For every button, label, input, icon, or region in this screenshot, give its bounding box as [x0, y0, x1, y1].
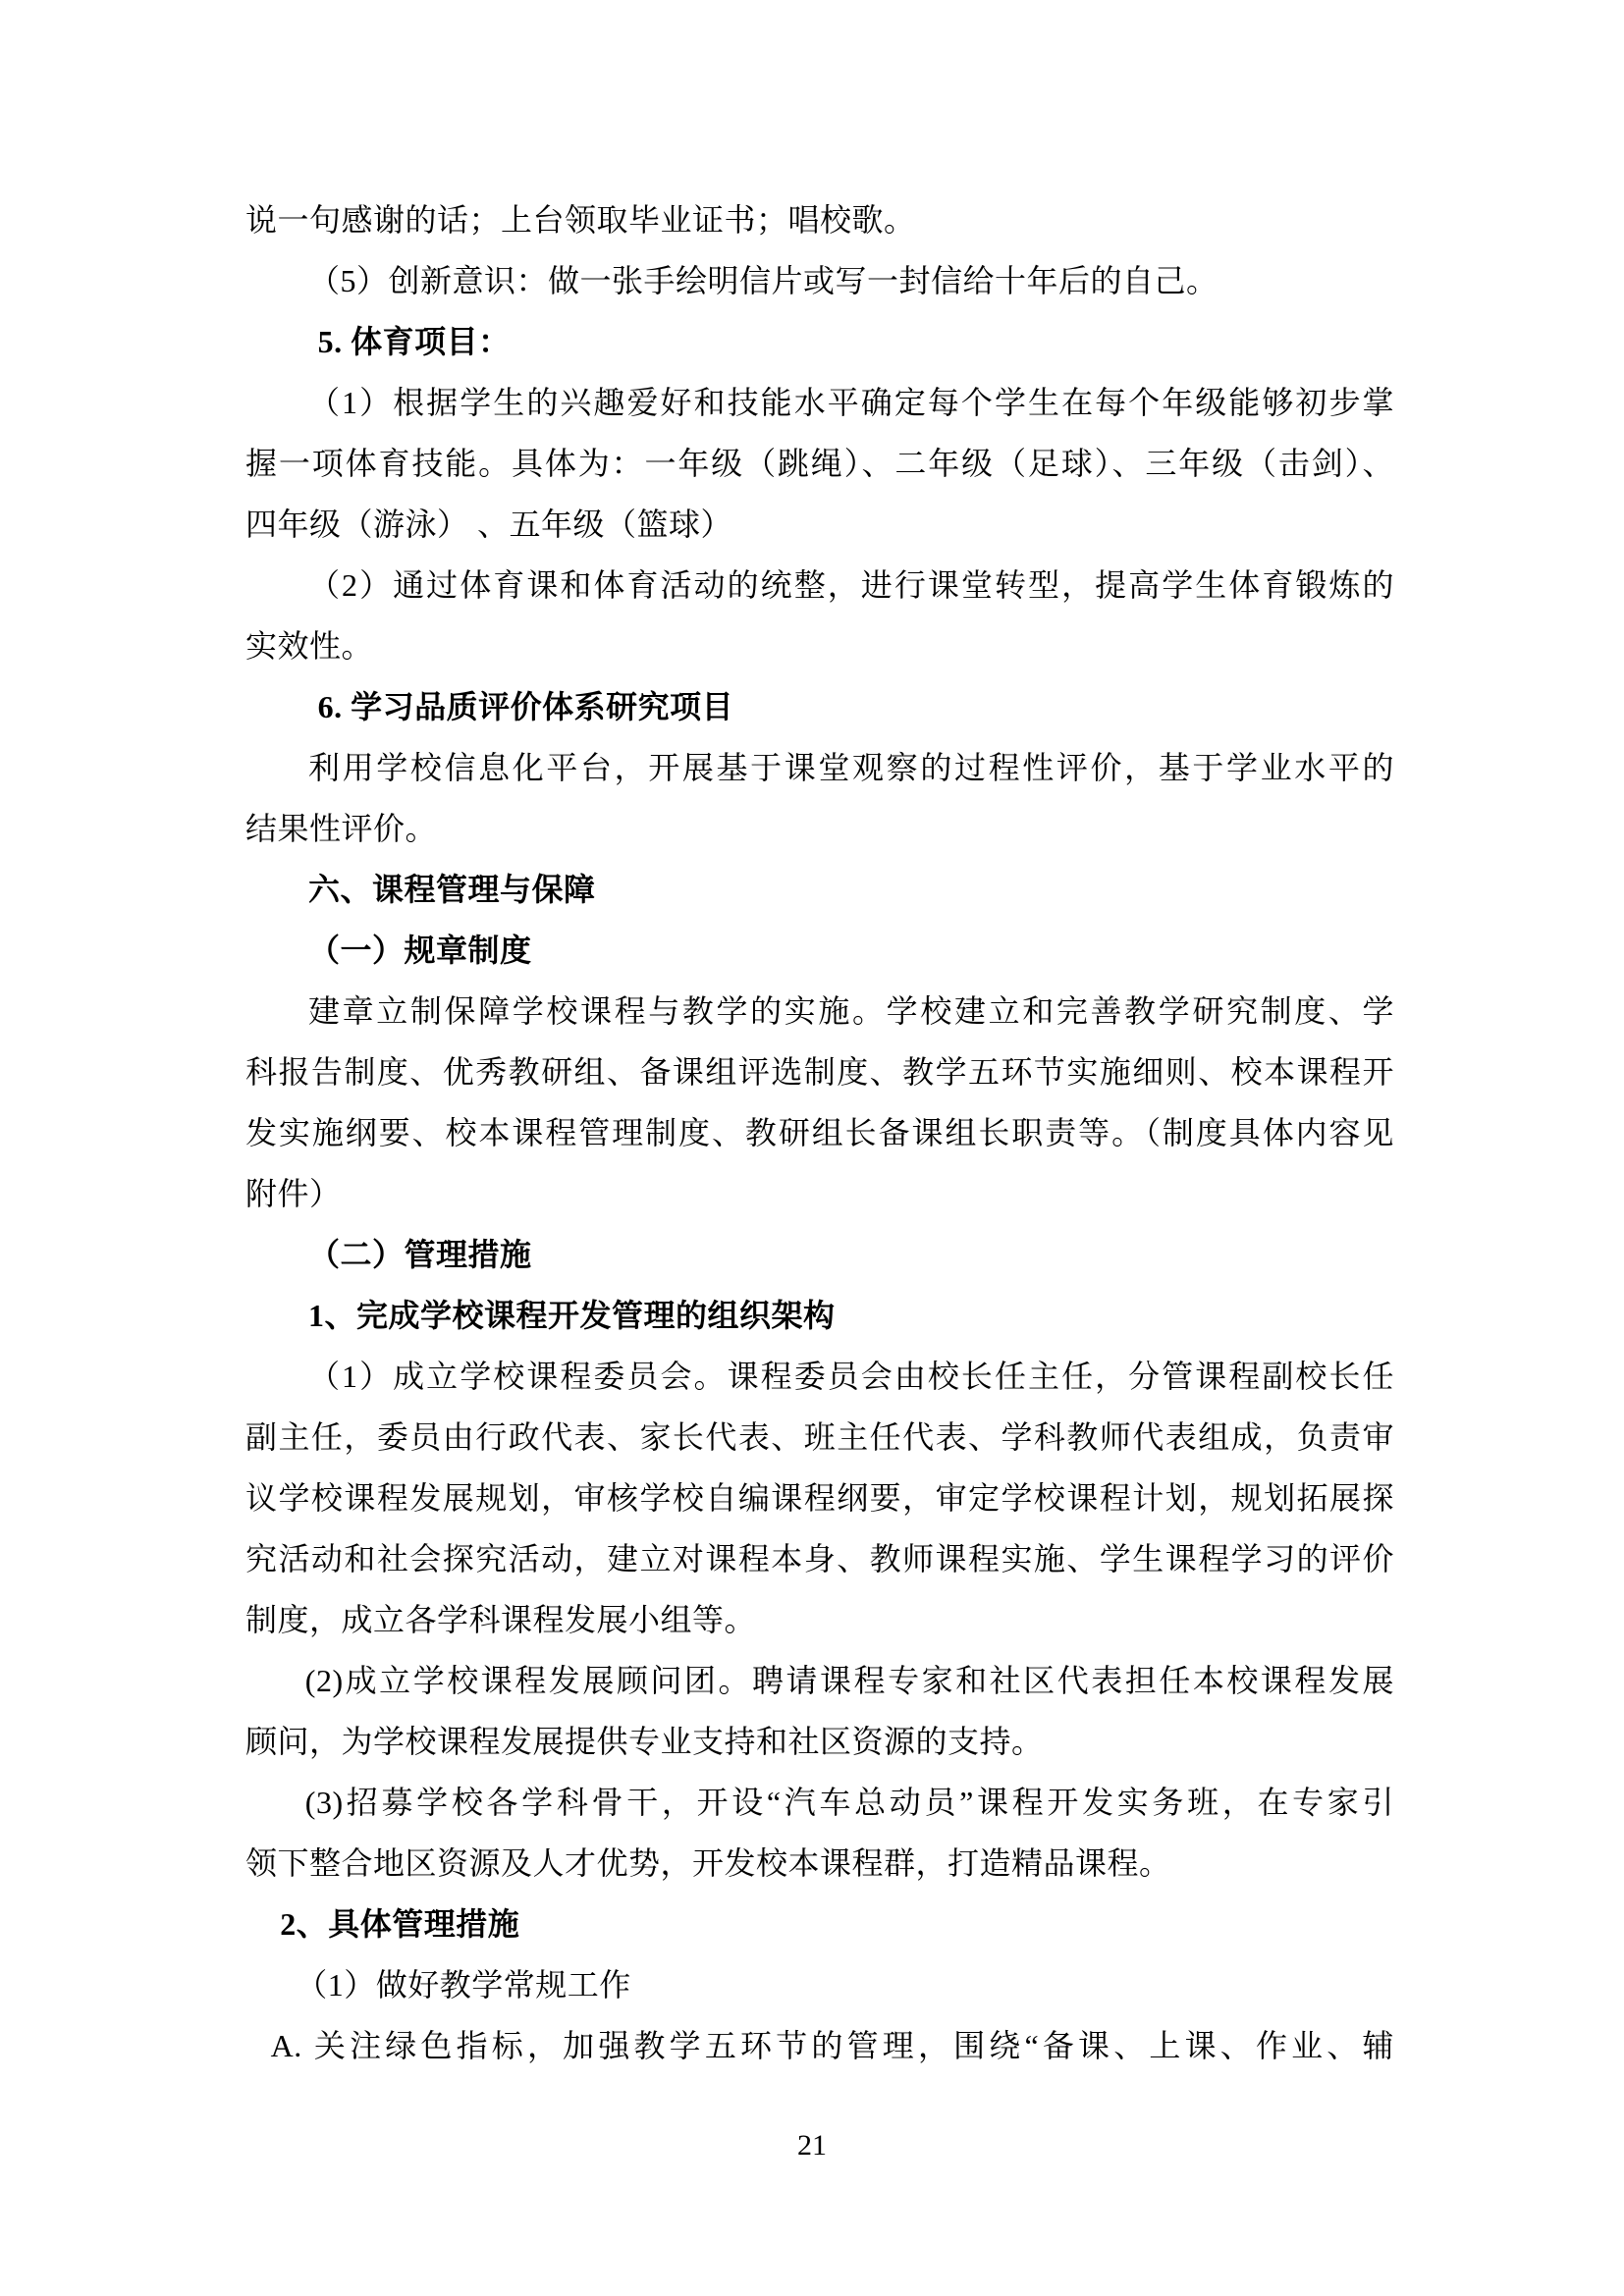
body-line: 发实施纲要、校本课程管理制度、教研组长备课组长职责等。（制度具体内容见 [245, 1102, 1394, 1163]
body-line: （1）根据学生的兴趣爱好和技能水平确定每个学生在每个年级能够初步掌 [245, 372, 1394, 433]
body-line: 利用学校信息化平台，开展基于课堂观察的过程性评价，基于学业水平的 [245, 737, 1394, 798]
heading-line: 1、完成学校课程开发管理的组织架构 [245, 1285, 1394, 1346]
text-block: 说一句感谢的话；上台领取毕业证书；唱校歌。（5）创新意识：做一张手绘明信片或写一… [245, 189, 1394, 2076]
body-line: (3)招募学校各学科骨干，开设“汽车总动员”课程开发实务班，在专家引 [245, 1772, 1394, 1833]
body-line: 四年级（游泳） 、五年级（篮球） [245, 494, 1394, 555]
document-page: 说一句感谢的话；上台领取毕业证书；唱校歌。（5）创新意识：做一张手绘明信片或写一… [0, 0, 1624, 2296]
body-line: (2)成立学校课程发展顾问团。聘请课程专家和社区代表担任本校课程发展 [245, 1650, 1394, 1711]
heading-line: 2、具体管理措施 [245, 1894, 1394, 1954]
body-line: （2）通过体育课和体育活动的统整，进行课堂转型，提高学生体育锻炼的 [245, 555, 1394, 615]
body-line: 科报告制度、优秀教研组、备课组评选制度、教学五环节实施细则、校本课程开 [245, 1041, 1394, 1102]
body-line: 建章立制保障学校课程与教学的实施。学校建立和完善教学研究制度、学 [245, 981, 1394, 1041]
body-line: （1）成立学校课程委员会。课程委员会由校长任主任，分管课程副校长任 [245, 1346, 1394, 1407]
body-line: 顾问，为学校课程发展提供专业支持和社区资源的支持。 [245, 1711, 1394, 1772]
body-line: 究活动和社会探究活动，建立对课程本身、教师课程实施、学生课程学习的评价 [245, 1528, 1394, 1589]
body-line: A. 关注绿色指标，加强教学五环节的管理，围绕“备课、上课、作业、辅 [245, 2015, 1394, 2076]
heading-line: 六、课程管理与保障 [245, 859, 1394, 920]
body-line: 说一句感谢的话；上台领取毕业证书；唱校歌。 [245, 189, 1394, 250]
body-line: 副主任，委员由行政代表、家长代表、班主任代表、学科教师代表组成，负责审 [245, 1407, 1394, 1468]
heading-line: （一）规章制度 [245, 920, 1394, 981]
body-line: （5）创新意识：做一张手绘明信片或写一封信给十年后的自己。 [245, 250, 1394, 311]
body-line: 实效性。 [245, 615, 1394, 676]
body-line: 附件） [245, 1163, 1394, 1224]
body-line: （1）做好教学常规工作 [245, 1954, 1394, 2015]
heading-line: 6. 学习品质评价体系研究项目 [245, 676, 1394, 737]
body-line: 议学校课程发展规划，审核学校自编课程纲要，审定学校课程计划，规划拓展探 [245, 1468, 1394, 1528]
body-line: 领下整合地区资源及人才优势，开发校本课程群，打造精品课程。 [245, 1833, 1394, 1894]
body-line: 制度，成立各学科课程发展小组等。 [245, 1589, 1394, 1650]
heading-line: 5. 体育项目： [245, 311, 1394, 372]
body-line: 握一项体育技能。具体为：一年级（跳绳）、二年级（足球）、三年级（击剑）、 [245, 433, 1394, 494]
body-line: 结果性评价。 [245, 798, 1394, 859]
page-number: 21 [0, 2115, 1624, 2176]
heading-line: （二）管理措施 [245, 1224, 1394, 1285]
